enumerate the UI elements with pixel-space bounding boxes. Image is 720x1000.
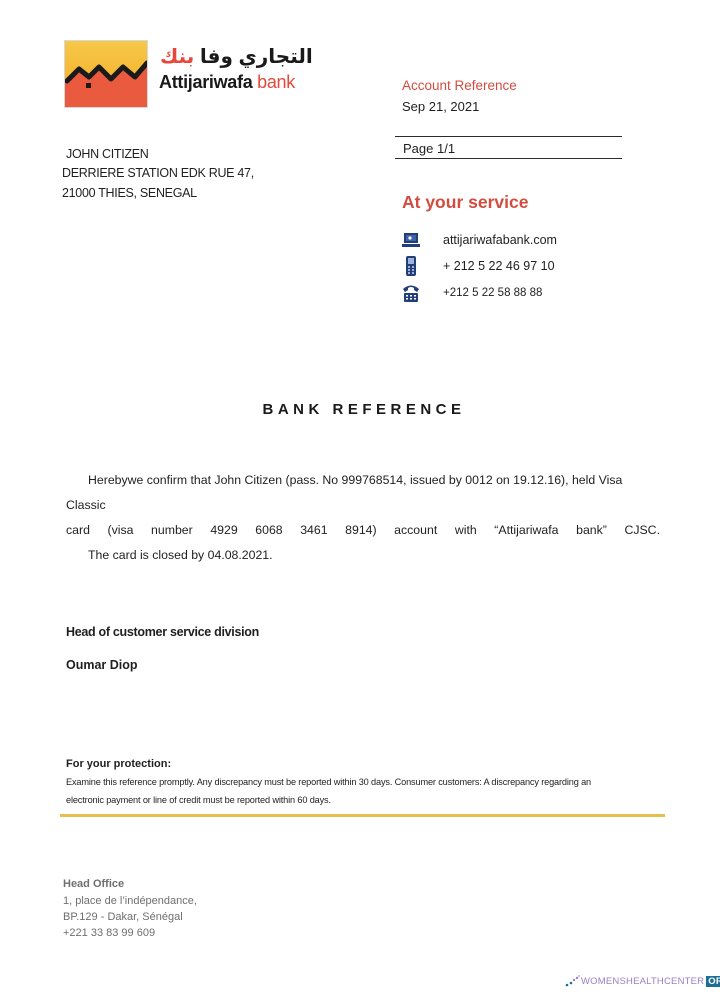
brand-name-arabic-bank: بنك [160,46,194,68]
head-office-address-line1: 1, place de l’indépendance, [63,895,197,907]
account-reference-label: Account Reference [402,78,517,93]
protection-line1: Examine this reference promptly. Any dis… [66,777,591,787]
brand-name-latin: Attijariwafa bank [159,72,295,93]
body-line2-word: CJSC. [624,518,660,543]
contact-website-text[interactable]: attijariwafabank.com [443,233,557,247]
header-divider-top [395,136,622,137]
recipient-address-line2: 21000 THIES, SENEGAL [62,186,197,200]
body-line2-word: “Attijariwafa [494,518,558,543]
desk-phone-icon [402,283,420,303]
header-divider-bottom [395,158,622,159]
body-line2: card(visanumber4929606834618914)accountw… [66,518,660,543]
recipient-name: JOHN CITIZEN [66,147,149,161]
contact-mobile: + 212 5 22 46 97 10 [402,256,555,276]
recipient-address-line1: DERRIERE STATION EDK RUE 47, [62,166,254,180]
body-line2-word: 6068 [255,518,282,543]
watermark: WOMENSHEALTHCENTER ORG [565,975,720,987]
laptop-icon [402,230,420,250]
body-line2-word: card [66,518,90,543]
brand-name-arabic: التجاري وفا بنك [160,44,313,69]
body-line1: Herebywe confirm that John Citizen (pass… [66,468,660,518]
body-line2-word: 3461 [300,518,327,543]
brand-name-arabic-main: التجاري وفا [200,46,313,68]
brand-name-latin-suffix: bank [257,72,295,92]
reference-body: Herebywe confirm that John Citizen (pass… [66,468,660,568]
head-office-address-line2: BP.129 - Dakar, Sénégal [63,911,183,923]
body-line2-word: bank” [576,518,607,543]
protection-line2: electronic payment or line of credit mus… [66,795,331,805]
watermark-badge: ORG [706,976,720,987]
contact-landline: +212 5 22 58 88 88 [402,283,542,303]
service-title: At your service [402,192,528,213]
body-line2-word: (visa [108,518,134,543]
watermark-text: WOMENSHEALTHCENTER [581,976,704,987]
footer-divider [60,814,665,817]
signatory-name: Oumar Diop [66,658,138,672]
contact-landline-text: +212 5 22 58 88 88 [443,287,542,299]
body-line2-word: 8914) [345,518,376,543]
brand-name-latin-main: Attijariwafa [159,72,252,92]
mobile-phone-icon [402,256,420,276]
body-line2-word: with [455,518,477,543]
contact-mobile-text: + 212 5 22 46 97 10 [443,259,555,273]
body-line2-word: account [394,518,437,543]
protection-title: For your protection: [66,758,171,770]
head-office-title: Head Office [63,878,124,890]
body-line3: The card is closed by 04.08.2021. [66,543,660,568]
brand-logo-mark [64,40,148,108]
watermark-dots-icon [565,975,581,987]
document-date: Sep 21, 2021 [402,99,479,114]
page-indicator: Page 1/1 [403,141,455,156]
head-office-phone: +221 33 83 99 609 [63,927,155,939]
contact-website[interactable]: attijariwafabank.com [402,230,557,250]
body-line2-word: number [151,518,193,543]
body-line2-word: 4929 [210,518,237,543]
signatory-role: Head of customer service division [66,625,259,639]
document-title: BANK REFERENCE [0,401,720,418]
